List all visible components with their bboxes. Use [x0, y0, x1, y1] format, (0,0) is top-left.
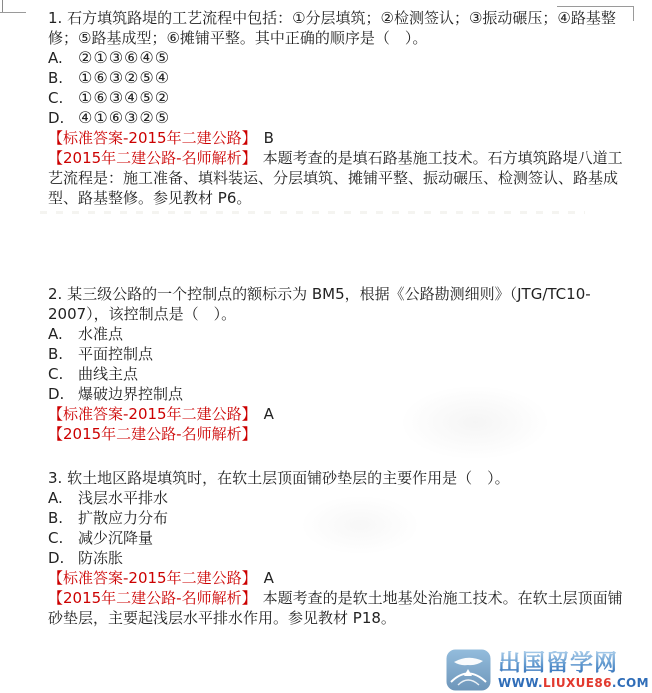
scan-border-top-left-horizontal	[0, 12, 26, 13]
option-label: B.	[48, 508, 78, 528]
option-label: A.	[48, 48, 78, 68]
option-text: 曲线主点	[78, 364, 624, 384]
option-row-d: D. 爆破边界控制点	[48, 384, 624, 404]
option-row-c: C. ①⑥③④⑤②	[48, 88, 624, 108]
option-text: 爆破边界控制点	[78, 384, 624, 404]
option-label: C.	[48, 528, 78, 548]
graduation-cap-globe-icon	[446, 649, 491, 691]
option-label: A.	[48, 324, 78, 344]
option-label: B.	[48, 344, 78, 364]
standard-answer-line: 【标准答案-2015年二建公路】B	[48, 128, 624, 148]
site-logo[interactable]: 出国留学网 WWW.LIUXUE86.COM	[446, 649, 649, 691]
option-row-c: C. 减少沉降量	[48, 528, 624, 548]
option-row-a: A. ②①③⑥④⑤	[48, 48, 624, 68]
questions-content: 1. 石方填筑路堤的工艺流程中包括：①分层填筑；②检测签认；③振动碾压；④路基整…	[48, 8, 624, 628]
option-label: C.	[48, 88, 78, 108]
option-label: D.	[48, 384, 78, 404]
question-stem: 1. 石方填筑路堤的工艺流程中包括：①分层填筑；②检测签认；③振动碾压；④路基整…	[48, 8, 624, 48]
site-url-www: WWW.	[498, 676, 543, 690]
standard-answer-line: 【标准答案-2015年二建公路】A	[48, 404, 624, 424]
standard-answer-label: 【标准答案-2015年二建公路】	[48, 129, 257, 147]
site-name: 出国留学网	[498, 651, 649, 676]
exam-document-page: 1. 石方填筑路堤的工艺流程中包括：①分层填筑；②检测签认；③振动碾压；④路基整…	[0, 0, 652, 693]
option-row-b: B. 平面控制点	[48, 344, 624, 364]
option-label: D.	[48, 108, 78, 128]
site-url-domain: LIUXUE86	[543, 676, 612, 690]
scan-border-top-right-vertical	[633, 6, 634, 21]
question-stem: 2. 某三级公路的一个控制点的额标示为 BM5，根据《公路勘测细则》（JTG/T…	[48, 284, 624, 324]
teacher-analysis-paragraph: 【2015年二建公路-名师解析】	[48, 424, 624, 444]
question-block-2: 2. 某三级公路的一个控制点的额标示为 BM5，根据《公路勘测细则》（JTG/T…	[48, 284, 624, 444]
option-row-b: B. 扩散应力分布	[48, 508, 624, 528]
question-stem: 3. 软土地区路堤填筑时，在软土层顶面铺砂垫层的主要作用是（ ）。	[48, 468, 624, 488]
scan-border-top-left-vertical	[2, 0, 3, 12]
option-label: D.	[48, 548, 78, 568]
site-logo-text: 出国留学网 WWW.LIUXUE86.COM	[498, 651, 649, 690]
option-label: C.	[48, 364, 78, 384]
option-text: ②①③⑥④⑤	[78, 48, 624, 68]
teacher-analysis-label: 【2015年二建公路-名师解析】	[48, 149, 257, 167]
option-list: A. ②①③⑥④⑤ B. ①⑥③②⑤④ C. ①⑥③④⑤② D. ④①⑥③②⑤	[48, 48, 624, 128]
option-row-b: B. ①⑥③②⑤④	[48, 68, 624, 88]
teacher-analysis-label: 【2015年二建公路-名师解析】	[48, 589, 257, 607]
option-list: A. 水准点 B. 平面控制点 C. 曲线主点 D. 爆破边界控制点	[48, 324, 624, 404]
option-label: B.	[48, 68, 78, 88]
option-label: A.	[48, 488, 78, 508]
option-text: ①⑥③②⑤④	[78, 68, 624, 88]
section-gap	[48, 208, 624, 284]
teacher-analysis-paragraph: 【2015年二建公路-名师解析】本题考查的是填石路基施工技术。石方填筑路堤八道工…	[48, 148, 624, 208]
option-text: 防冻胀	[78, 548, 624, 568]
option-text: 减少沉降量	[78, 528, 624, 548]
option-row-a: A. 水准点	[48, 324, 624, 344]
option-row-d: D. 防冻胀	[48, 548, 624, 568]
site-url-tld: .COM	[612, 676, 649, 690]
option-list: A. 浅层水平排水 B. 扩散应力分布 C. 减少沉降量 D. 防冻胀	[48, 488, 624, 568]
standard-answer-value: A	[264, 405, 274, 423]
standard-answer-label: 【标准答案-2015年二建公路】	[48, 405, 257, 423]
teacher-analysis-label: 【2015年二建公路-名师解析】	[48, 425, 257, 443]
question-block-1: 1. 石方填筑路堤的工艺流程中包括：①分层填筑；②检测签认；③振动碾压；④路基整…	[48, 8, 624, 208]
option-text: 扩散应力分布	[78, 508, 624, 528]
standard-answer-value: A	[264, 569, 274, 587]
option-row-d: D. ④①⑥③②⑤	[48, 108, 624, 128]
option-text: ④①⑥③②⑤	[78, 108, 624, 128]
standard-answer-label: 【标准答案-2015年二建公路】	[48, 569, 257, 587]
question-block-3: 3. 软土地区路堤填筑时，在软土层顶面铺砂垫层的主要作用是（ ）。 A. 浅层水…	[48, 468, 624, 628]
option-text: ①⑥③④⑤②	[78, 88, 624, 108]
scan-border-top-right-horizontal	[557, 6, 634, 7]
site-url: WWW.LIUXUE86.COM	[498, 676, 649, 690]
teacher-analysis-paragraph: 【2015年二建公路-名师解析】本题考查的是软土地基处治施工技术。在软土层顶面铺…	[48, 588, 624, 628]
section-gap	[48, 444, 624, 468]
option-text: 平面控制点	[78, 344, 624, 364]
option-row-a: A. 浅层水平排水	[48, 488, 624, 508]
option-text: 浅层水平排水	[78, 488, 624, 508]
option-text: 水准点	[78, 324, 624, 344]
standard-answer-line: 【标准答案-2015年二建公路】A	[48, 568, 624, 588]
standard-answer-value: B	[264, 129, 274, 147]
option-row-c: C. 曲线主点	[48, 364, 624, 384]
